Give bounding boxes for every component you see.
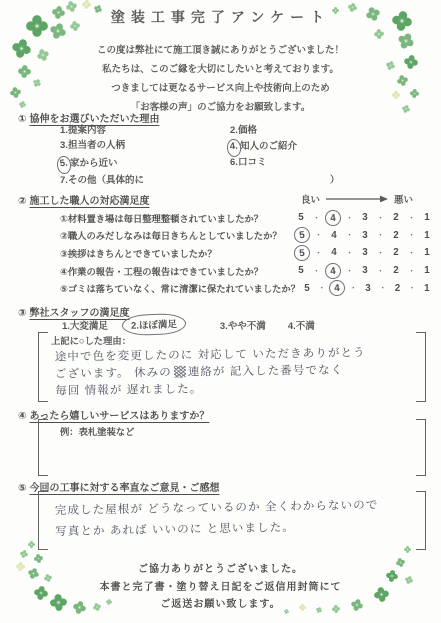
section-number: ④ xyxy=(18,411,26,422)
scale-separator: ・ xyxy=(346,266,353,276)
clover-icon xyxy=(374,29,385,40)
rating-row: ③挨拶はきちんとできていましたか？5・4・3・2・1 xyxy=(60,244,434,262)
reason-option-7: 7.その他（具体的に xyxy=(60,174,230,189)
footer-line: 本書と完了書・塗り替え日記をご返信用封筒にて xyxy=(0,579,441,597)
intro-line: つきましては更なるサービス向上や技術向上のため xyxy=(0,79,441,98)
scribbled-out-character xyxy=(174,366,186,378)
scale-separator: ・ xyxy=(377,248,384,258)
scale-separator: ・ xyxy=(315,248,322,258)
rating-scale: 5・4・3・2・1 xyxy=(294,263,434,279)
scale-separator: ・ xyxy=(377,230,384,240)
rating-value: 3 xyxy=(358,228,372,242)
reason-box-label: 上記に○した理由： xyxy=(51,333,131,347)
good-label: 良い xyxy=(301,192,320,206)
rating-scale: 5・4・3・2・1 xyxy=(294,227,434,243)
scale-separator: ・ xyxy=(409,283,416,293)
rating-value: 2 xyxy=(389,211,403,225)
rating-scale: 5・4・3・2・1 xyxy=(300,280,434,296)
rating-value: 1 xyxy=(420,281,434,295)
scale-separator: ・ xyxy=(346,230,353,240)
scale-separator: ・ xyxy=(318,283,325,293)
reason-option-2: 2.価格 xyxy=(230,124,410,139)
rating-value: 4 xyxy=(327,228,341,242)
footer-text: ご協力ありがとうございました。 本書と完了書・塗り替え日記をご返信用封筒にて ご… xyxy=(0,561,441,614)
section-number: ⑤ xyxy=(18,483,26,494)
scale-separator: ・ xyxy=(379,283,386,293)
intro-text: この度は弊社にて施工頂き誠にありがとうございました！ 私たちは、このご縁を大切に… xyxy=(0,41,441,117)
scale-separator: ・ xyxy=(377,266,384,276)
scale-separator: ・ xyxy=(313,266,320,276)
section-number: ② xyxy=(18,196,26,207)
rating-value: 2 xyxy=(390,281,404,295)
rating-row: ④作業の報告・工程の報告はできていましたか？5・4・3・2・1 xyxy=(60,262,434,280)
rating-row: ⑤ゴミは落ちていなく、常に清潔に保たれていましたか？5・4・3・2・1 xyxy=(60,279,434,297)
scale-separator: ・ xyxy=(408,230,415,240)
reason-option-1: 1.提案内容 xyxy=(60,124,230,139)
example-label: 例：表札塗装など xyxy=(60,424,134,438)
section-number: ① xyxy=(18,114,26,125)
rating-value: 5 xyxy=(294,264,308,278)
rating-value: 3 xyxy=(361,281,375,295)
rating-row: ②職人のみだしなみは毎日きちんとしていましたか？5・4・3・2・1 xyxy=(60,227,434,245)
rating-value: 2 xyxy=(389,264,403,278)
scale-separator: ・ xyxy=(408,266,415,276)
scale-separator: ・ xyxy=(377,213,384,223)
clover-icon xyxy=(19,549,29,559)
scale-separator: ・ xyxy=(313,213,320,223)
reason-option-4: 4.知人のご紹介 xyxy=(230,139,410,157)
rating-value: 3 xyxy=(358,211,372,225)
handwritten-comments: 完成した屋根が どうなっているのか 全くわからないので 写真とか あれば いいの… xyxy=(55,495,413,543)
intro-line: 私たちは、このご縁を大切にしたいと考えております。 xyxy=(0,60,441,79)
staff-option-3: 3.やや不満 xyxy=(220,318,266,332)
rating-scale: 5・4・3・2・1 xyxy=(294,245,434,261)
reason-option-7-close-paren: ） xyxy=(230,174,410,189)
rating-value: 1 xyxy=(420,264,434,278)
rating-row: ①材料置き場は毎日整理整頓されていましたか？5・4・3・2・1 xyxy=(60,209,434,227)
rating-scale: 5・4・3・2・1 xyxy=(294,210,434,226)
scale-separator: ・ xyxy=(346,248,353,258)
rating-scale-header: 良い 悪い xyxy=(301,192,413,206)
handwritten-staff-reason: 途中で色を変更したのに 対応して いただきありがとう ございます。 休みの連絡が… xyxy=(55,345,413,401)
staff-option-4: 4.不満 xyxy=(288,318,315,332)
rating-value: 5 xyxy=(300,281,314,295)
scale-separator: ・ xyxy=(315,230,322,240)
reason-option-5: 5.家から近い xyxy=(60,156,230,174)
rating-value-selected: 4 xyxy=(324,209,341,226)
scale-separator: ・ xyxy=(408,248,415,258)
page-title: 塗装工事完了アンケート xyxy=(0,7,441,27)
scale-separator: ・ xyxy=(408,213,415,223)
clover-icon xyxy=(28,541,35,548)
rating-value: 1 xyxy=(420,211,434,225)
arrow-right-icon xyxy=(325,195,389,203)
rating-value: 1 xyxy=(420,246,434,260)
reason-option-3: 3.担当者の人柄 xyxy=(60,139,230,157)
rating-value-selected: 5 xyxy=(293,227,310,244)
section-title-craftsman-satisfaction: ②施工した職人の対応満足度 xyxy=(18,192,149,207)
desired-services-box: 例：表札塗装など xyxy=(38,419,426,476)
rating-value: 4 xyxy=(327,246,341,260)
comments-box: 完成した屋根が どうなっているのか 全くわからないので 写真とか あれば いいの… xyxy=(38,491,426,550)
staff-option-1: 1.大変満足 xyxy=(62,318,108,332)
rating-value: 1 xyxy=(420,228,434,242)
bad-label: 悪い xyxy=(394,192,413,206)
intro-line: この度は弊社にて施工頂き誠にありがとうございました！ xyxy=(0,41,441,60)
survey-page: 塗装工事完了アンケート この度は弊社にて施工頂き誠にありがとうございました！ 私… xyxy=(0,0,441,623)
rating-value: 5 xyxy=(294,211,308,225)
staff-reason-box: 上記に○した理由： 途中で色を変更したのに 対応して いただきありがとう ござい… xyxy=(38,332,426,402)
rating-value-selected: 4 xyxy=(329,280,346,297)
rating-value: 3 xyxy=(358,246,372,260)
footer-line: ご返送お願い致します。 xyxy=(0,596,441,614)
staff-satisfaction-options: 1.大変満足 2.ほぼ満足 3.やや不満 4.不満 xyxy=(62,317,315,332)
rating-value: 2 xyxy=(389,228,403,242)
handwriting-line: 毎回 情報が 遅れました。 xyxy=(55,379,412,401)
rating-value: 2 xyxy=(389,246,403,260)
section-title-reason: ①協伸をお選びいただいた理由 xyxy=(18,110,159,125)
rating-value-selected: 4 xyxy=(324,262,341,279)
scale-separator: ・ xyxy=(350,283,357,293)
scale-separator: ・ xyxy=(346,213,353,223)
footer-line: ご協力ありがとうございました。 xyxy=(0,561,441,579)
rating-value: 3 xyxy=(358,264,372,278)
reason-options: 1.提案内容 2.価格 3.担当者の人柄 4.知人のご紹介 5.家から近い 6.… xyxy=(60,124,410,188)
section-number: ③ xyxy=(18,308,26,319)
rating-rows: ①材料置き場は毎日整理整頓されていましたか？5・4・3・2・1 ②職人のみだしな… xyxy=(60,209,434,297)
reason-option-6: 6.口コミ xyxy=(230,156,410,174)
rating-value-selected: 5 xyxy=(293,244,310,261)
